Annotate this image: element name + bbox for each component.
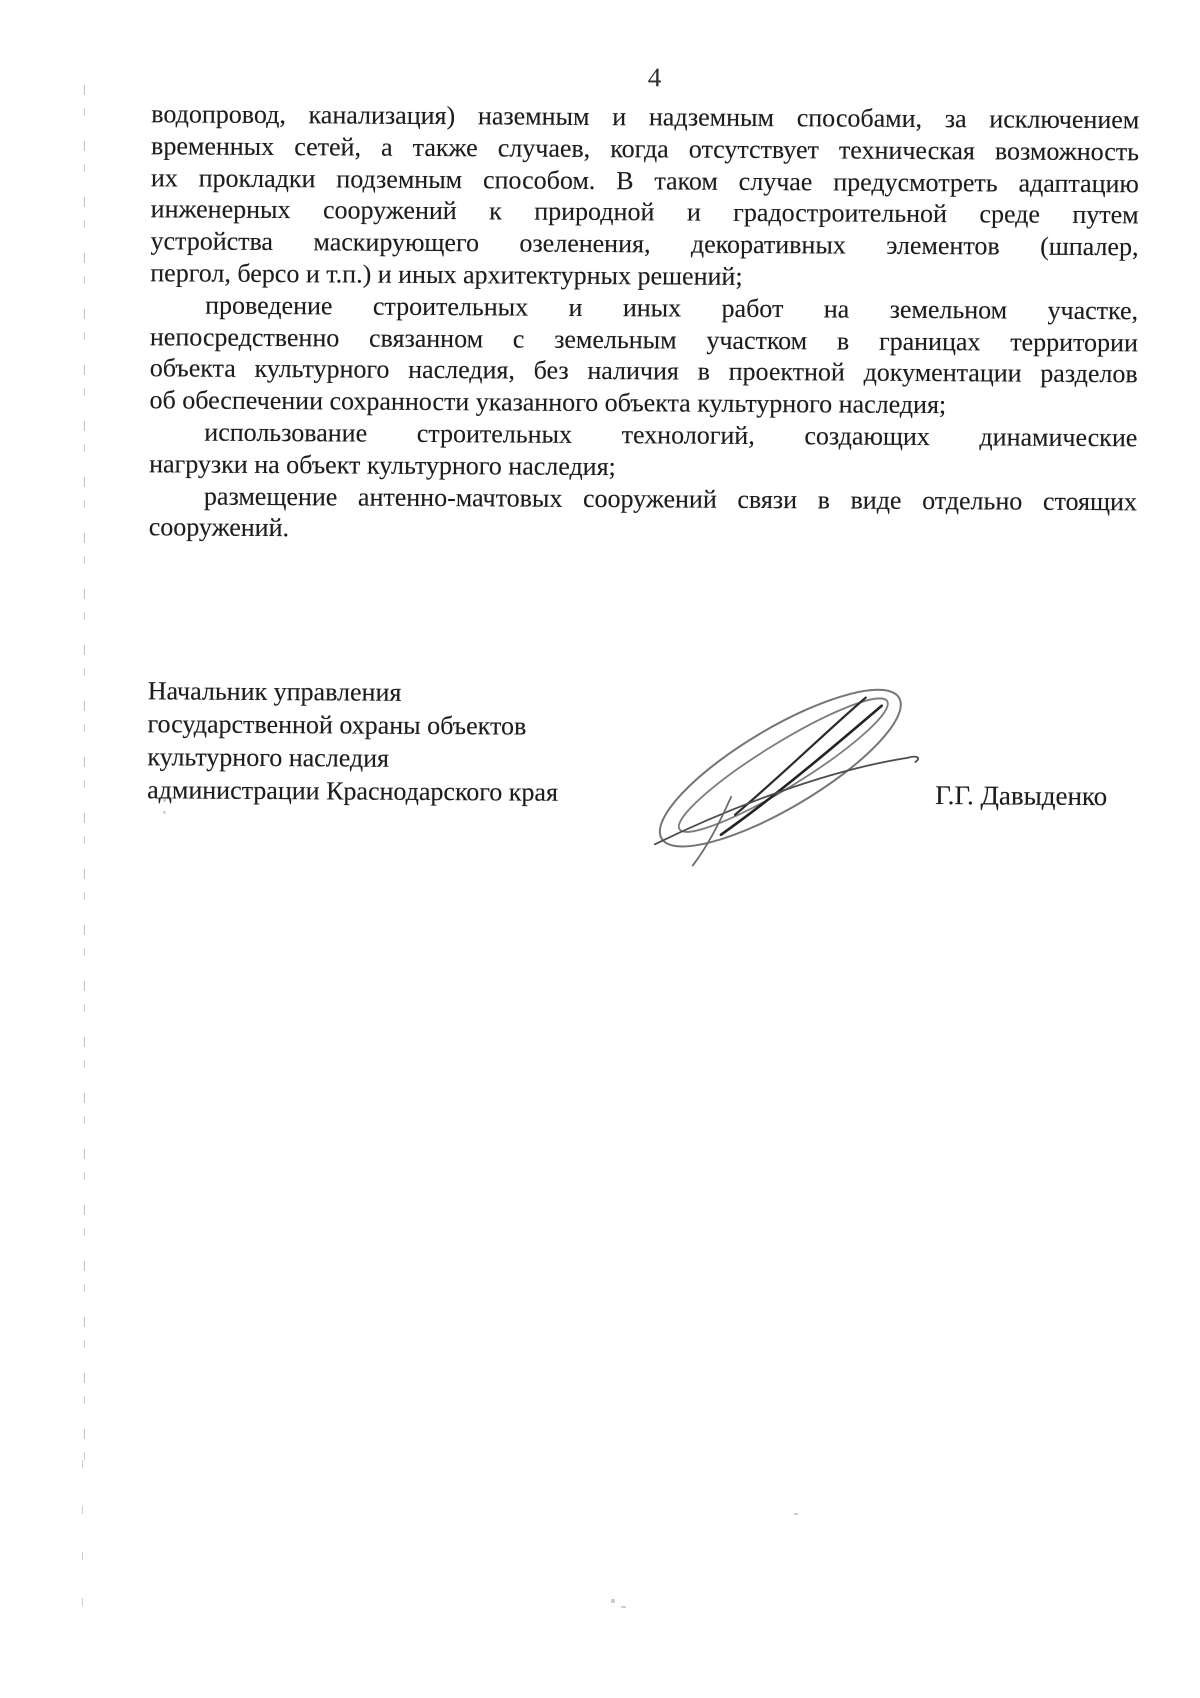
scan-content-layer: 4 водопровод, канализация) наземным и на… xyxy=(0,0,1200,1698)
signature-title-line: администрации Краснодарского края xyxy=(147,773,617,809)
paragraph: водопровод, канализация) наземным и надз… xyxy=(150,98,1139,295)
scan-edge-line xyxy=(84,85,85,1460)
paragraph: проведение строительных и иных работ на … xyxy=(149,289,1138,422)
signature-title-line: Начальник управления xyxy=(148,674,618,710)
scan-speck xyxy=(611,1599,615,1603)
scan-speck xyxy=(794,1513,798,1515)
signature-title-line: государственной охраны объектов xyxy=(147,707,617,743)
body-text: водопровод, канализация) наземным и надз… xyxy=(149,98,1140,549)
paragraph: использование строительных технологий, с… xyxy=(149,416,1137,486)
document-page: 4 водопровод, канализация) наземным и на… xyxy=(0,0,1200,1698)
paragraph: размещение антенно-мачтовых сооружений с… xyxy=(149,480,1137,550)
signature-title-block: Начальник управления государственной охр… xyxy=(147,674,618,809)
scan-edge-line-lower xyxy=(82,1460,83,1615)
text-line: размещение антенно-мачтовых сооружений с… xyxy=(149,480,1137,518)
page-number: 4 xyxy=(159,59,1149,96)
scan-speck xyxy=(163,799,166,802)
handwritten-signature-icon xyxy=(625,672,946,874)
signature-title-line: культурного наследия xyxy=(147,740,617,776)
scan-speck xyxy=(621,1606,626,1608)
scan-speck xyxy=(163,811,166,814)
signer-name: Г.Г. Давыденко xyxy=(935,780,1107,812)
text-line: сооружений. xyxy=(149,512,1137,550)
